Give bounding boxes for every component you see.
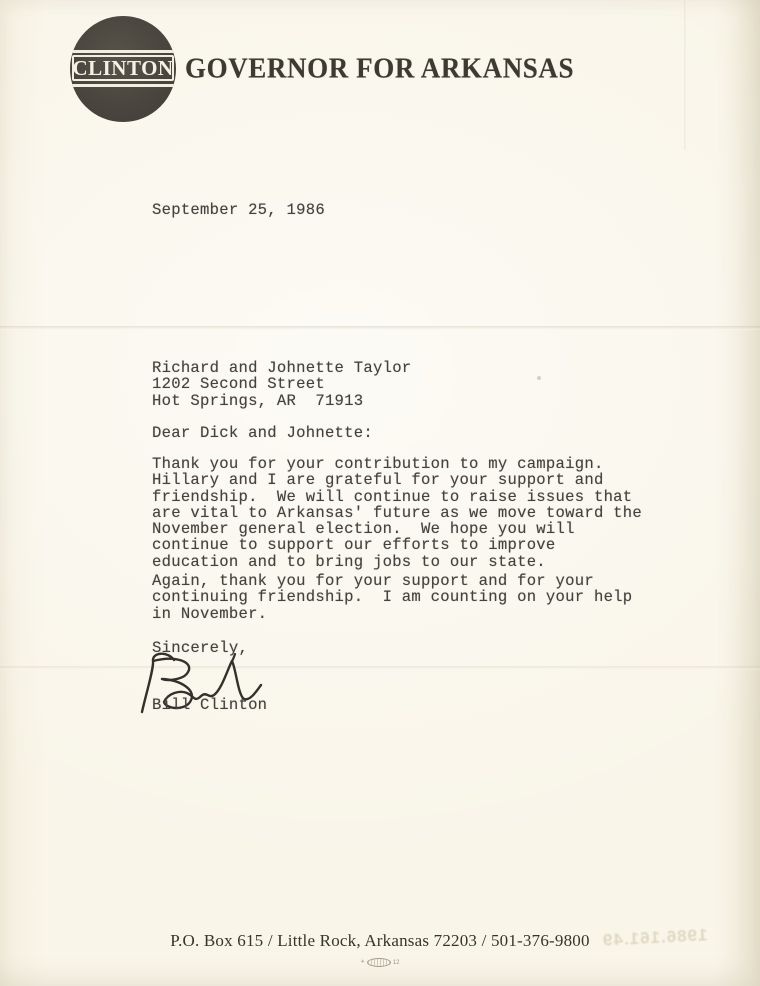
letter-page: CLINTON GOVERNOR FOR ARKANSAS September … [0, 0, 760, 986]
fold-crease-upper [0, 326, 760, 330]
fold-crease-lower [0, 666, 760, 670]
logo-stripe-top [70, 50, 176, 53]
salutation: Dear Dick and Johnette: [152, 425, 373, 441]
logo-stripe-bottom [70, 84, 176, 87]
recipient-address: Richard and Johnette Taylor 1202 Second … [152, 360, 411, 409]
body-paragraph-1: Thank you for your contribution to my ca… [152, 456, 642, 570]
letter-date: September 25, 1986 [152, 202, 325, 218]
union-bug: ✳ 12 [0, 958, 760, 967]
paper-speck [537, 376, 541, 380]
typed-signature-name: Bill Clinton [152, 697, 267, 713]
letterhead-title: GOVERNOR FOR ARKANSAS [185, 52, 574, 84]
union-bug-emblem-icon [367, 958, 391, 967]
logo-name-box: CLINTON [72, 55, 174, 81]
union-bug-star-icon: ✳ [361, 960, 365, 965]
union-bug-number: 12 [393, 960, 400, 966]
logo-text: CLINTON [72, 57, 173, 78]
clinton-campaign-logo: CLINTON [70, 16, 176, 122]
body-paragraph-2: Again, thank you for your support and fo… [152, 573, 632, 622]
fold-crease-vertical [684, 0, 687, 150]
